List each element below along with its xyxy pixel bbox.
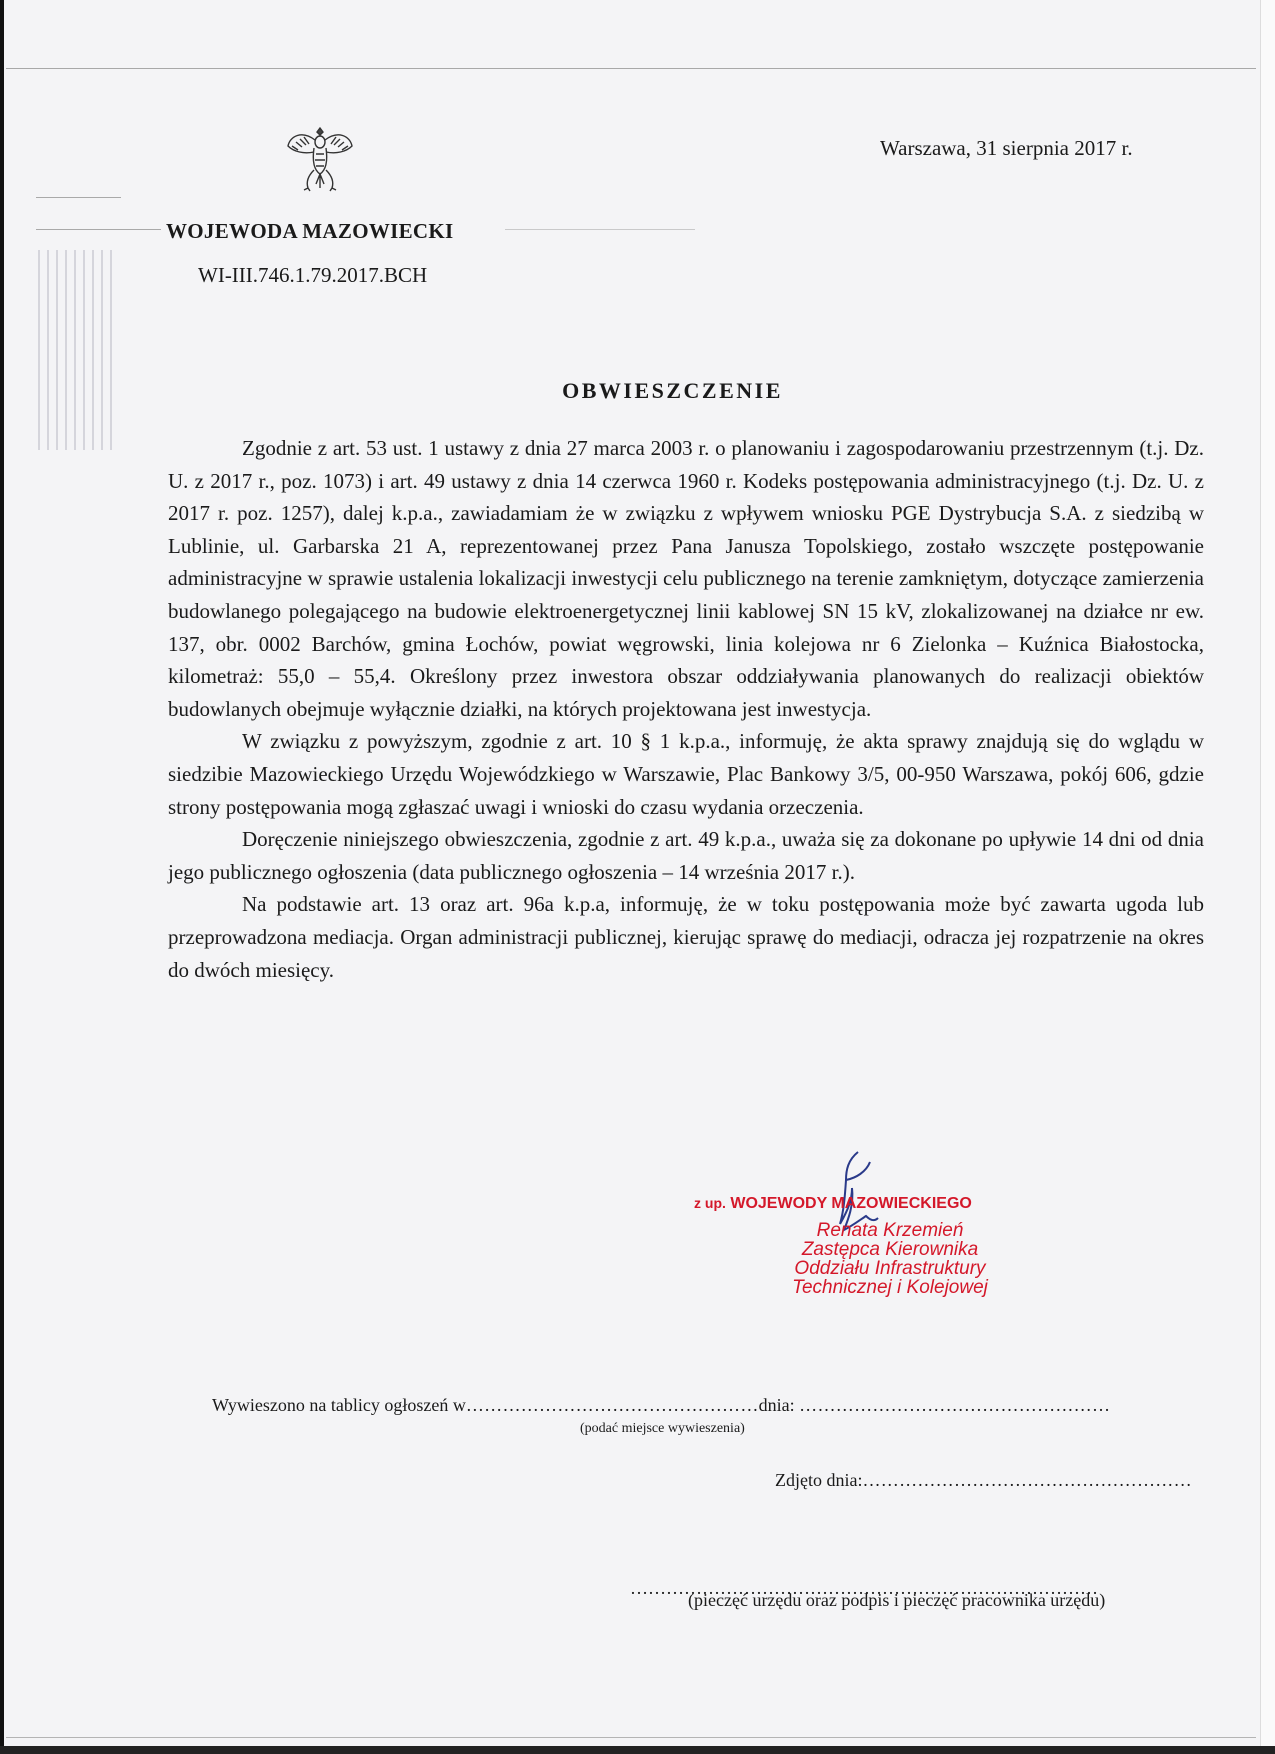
signatory-position-1: Zastępca Kierownika — [730, 1240, 1050, 1259]
removed-label: Zdjęto dnia: — [775, 1470, 862, 1490]
scan-fold-line-bottom — [6, 1737, 1256, 1738]
stamp-on-behalf: WOJEWODY MAZOWIECKIEGO — [730, 1195, 971, 1212]
posted-date-blank[interactable]: …………………………………………… — [799, 1395, 1110, 1415]
posted-place-blank[interactable]: ………………………………………… — [466, 1395, 759, 1415]
signature-hint: (pieczęć urzędu oraz podpis i pieczęć pr… — [688, 1590, 1105, 1611]
stamp-header: z up. WOJEWODY MAZOWIECKIEGO — [694, 1195, 1050, 1213]
paragraph-case-files: W związku z powyższym, zgodnie z art. 10… — [168, 725, 1204, 823]
stamp-signatory: Renata Krzemień Zastępca Kierownika Oddz… — [690, 1221, 1050, 1297]
margin-mark — [36, 197, 121, 198]
scan-border-right — [1260, 0, 1275, 1754]
paragraph-mediation: Na podstawie art. 13 oraz art. 96a k.p.a… — [168, 888, 1204, 986]
signatory-name: Renata Krzemień — [730, 1221, 1050, 1240]
paragraph-delivery: Doręczenie niniejszego obwieszczenia, zg… — [168, 823, 1204, 888]
signatory-position-3: Technicznej i Kolejowej — [730, 1278, 1050, 1297]
margin-mark — [36, 229, 161, 230]
stamp-prefix: z up. — [694, 1195, 726, 1211]
removed-date-blank[interactable]: ……………………………………………… — [862, 1470, 1191, 1490]
posted-field: Wywieszono na tablicy ogłoszeń w……………………… — [212, 1395, 1110, 1416]
margin-mark — [505, 229, 695, 230]
scan-border-left — [0, 0, 4, 1754]
removed-field: Zdjęto dnia:……………………………………………… — [775, 1470, 1192, 1491]
document-title: OBWIESZCZENIE — [0, 378, 1275, 404]
posted-label: Wywieszono na tablicy ogłoszeń w — [212, 1395, 466, 1415]
scan-artifacts — [38, 250, 118, 450]
document-body: Zgodnie z art. 53 ust. 1 ustawy z dnia 2… — [168, 432, 1204, 986]
place-hint: (podać miejsce wywieszenia) — [580, 1421, 745, 1437]
reference-number: WI-III.746.1.79.2017.BCH — [198, 263, 427, 288]
paragraph-legal-basis: Zgodnie z art. 53 ust. 1 ustawy z dnia 2… — [168, 432, 1204, 725]
polish-eagle-emblem-icon — [284, 122, 356, 194]
scan-fold-line-top — [6, 68, 1256, 69]
official-stamp: z up. WOJEWODY MAZOWIECKIEGO Renata Krze… — [690, 1195, 1050, 1297]
scan-border-bottom — [0, 1746, 1275, 1754]
signatory-position-2: Oddziału Infrastruktury — [730, 1259, 1050, 1278]
posted-date-label: dnia: — [759, 1395, 795, 1415]
issuer-name: WOJEWODA MAZOWIECKI — [166, 219, 453, 244]
document-date: Warszawa, 31 sierpnia 2017 r. — [880, 136, 1133, 161]
